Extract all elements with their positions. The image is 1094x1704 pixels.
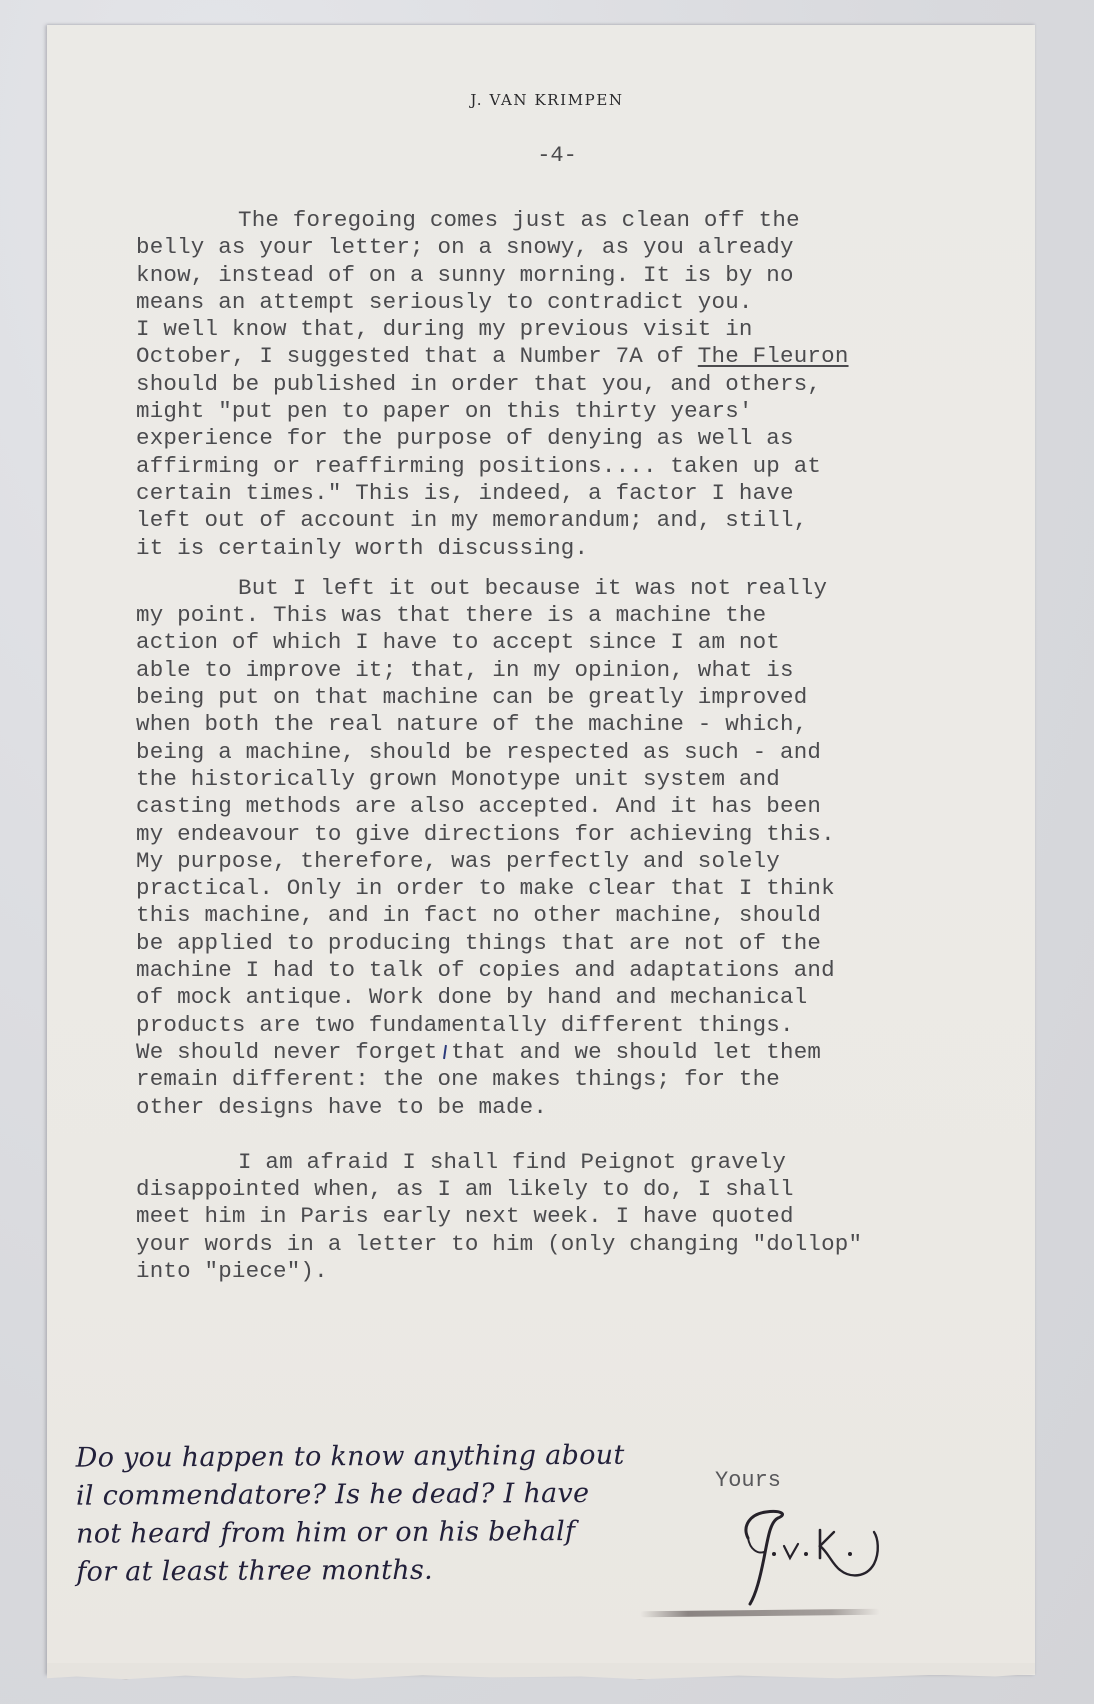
- text-line: October, I suggested that a Number 7A of…: [136, 343, 916, 370]
- underlined-title: The Fleuron: [698, 343, 849, 369]
- text-line: it is certainly worth discussing.: [136, 535, 916, 562]
- handwritten-postscript: Do you happen to know anything about il …: [76, 1436, 697, 1591]
- text-fragment: October, I suggested that a Number 7A of: [136, 343, 698, 369]
- text-line: disappointed when, as I am likely to do,…: [136, 1176, 916, 1203]
- text-line: know, instead of on a sunny morning. It …: [136, 262, 916, 289]
- text-line: your words in a letter to him (only chan…: [136, 1231, 916, 1258]
- text-line: But I left it out because it was not rea…: [136, 575, 916, 602]
- text-line: The foregoing comes just as clean off th…: [136, 207, 916, 234]
- handwritten-line: il commendatore? Is he dead? I have: [76, 1474, 696, 1515]
- text-line: this machine, and in fact no other machi…: [136, 902, 916, 929]
- text-line: remain different: the one makes things; …: [136, 1066, 916, 1093]
- text-line: being a machine, should be respected as …: [136, 739, 916, 766]
- paragraph-1: The foregoing comes just as clean off th…: [136, 207, 916, 562]
- text-line: belly as your letter; on a snowy, as you…: [136, 234, 916, 261]
- letterhead: J. VAN KRIMPEN: [0, 91, 1094, 109]
- page-number: -4-: [20, 143, 1094, 168]
- text-line: My purpose, therefore, was perfectly and…: [136, 848, 916, 875]
- text-line: I well know that, during my previous vis…: [136, 316, 916, 343]
- paragraph-3: I am afraid I shall find Peignot gravely…: [136, 1149, 916, 1285]
- text-line: being put on that machine can be greatly…: [136, 684, 916, 711]
- text-line: affirming or reaffirming positions.... t…: [136, 453, 916, 480]
- text-line: my point. This was that there is a machi…: [136, 602, 916, 629]
- text-line: action of which I have to accept since I…: [136, 629, 916, 656]
- text-line: other designs have to be made.: [136, 1094, 916, 1121]
- handwritten-line: Do you happen to know anything about: [76, 1436, 696, 1477]
- text-line: my endeavour to give directions for achi…: [136, 821, 916, 848]
- text-line: practical. Only in order to make clear t…: [136, 875, 916, 902]
- handwritten-line: for at least three months.: [76, 1550, 696, 1591]
- text-line: left out of account in my memorandum; an…: [136, 507, 916, 534]
- text-line: of mock antique. Work done by hand and m…: [136, 984, 916, 1011]
- text-line: means an attempt seriously to contradict…: [136, 289, 916, 316]
- text-line: casting methods are also accepted. And i…: [136, 793, 916, 820]
- text-line: when both the real nature of the machine…: [136, 711, 916, 738]
- text-line: machine I had to talk of copies and adap…: [136, 957, 916, 984]
- text-line: certain times." This is, indeed, a facto…: [136, 480, 916, 507]
- handwritten-line: not heard from him or on his behalf: [76, 1512, 696, 1553]
- text-line: I am afraid I shall find Peignot gravely: [136, 1149, 916, 1176]
- closing-salutation: Yours: [715, 1468, 781, 1493]
- text-line: should be published in order that you, a…: [136, 371, 916, 398]
- text-line: be applied to producing things that are …: [136, 930, 916, 957]
- paragraph-2: But I left it out because it was not rea…: [136, 575, 916, 1121]
- text-line: the historically grown Monotype unit sys…: [136, 766, 916, 793]
- signature-initials: [740, 1508, 890, 1608]
- text-line: into "piece").: [136, 1258, 916, 1285]
- text-line: We should never forget that and we shoul…: [136, 1039, 916, 1066]
- text-line: products are two fundamentally different…: [136, 1012, 916, 1039]
- text-line: experience for the purpose of denying as…: [136, 425, 916, 452]
- text-line: able to improve it; that, in my opinion,…: [136, 657, 916, 684]
- text-line: meet him in Paris early next week. I hav…: [136, 1203, 916, 1230]
- text-line: might "put pen to paper on this thirty y…: [136, 398, 916, 425]
- letter-body: The foregoing comes just as clean off th…: [136, 207, 916, 1285]
